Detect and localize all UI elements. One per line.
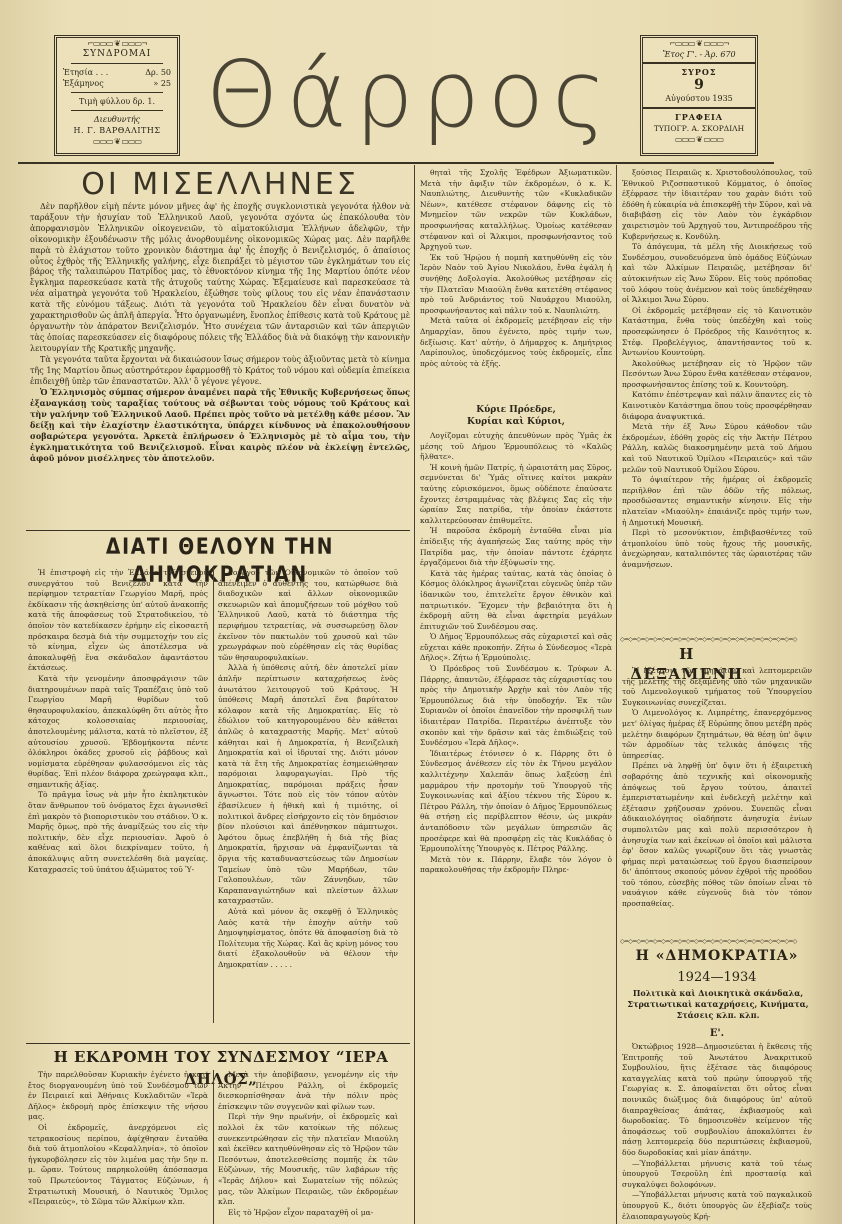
- greek-key-ornament: ▭▭▭ ❦ ▭▭▭: [57, 136, 177, 147]
- paragraph: Ὁ Δῆμος Ἑρμουπόλεως σᾶς εὐχαριστεῖ καὶ σ…: [420, 632, 612, 664]
- paragraph: Τὴν παρελθοῦσαν Κυριακὴν ἐγένετο ἡ κατ' …: [28, 1070, 208, 1123]
- paragraph: πουργοῦ τῶν Οἰκονομικῶν τὸ ὁποῖον τοῦ ἀπ…: [218, 568, 398, 663]
- greek-key-ornament: ⌐▭▭▭ ❦ ▭▭▭¬: [643, 38, 755, 49]
- paragraph: Ὁ Πρόεδρος τοῦ Συνδέσμου κ. Τρύφων Α. Πά…: [420, 664, 612, 749]
- paragraph: Δὲν παρῆλθον εἰμὴ πέντε μόνον μῆνες ἀφ' …: [30, 202, 410, 355]
- series-years: 1924—1934: [620, 970, 814, 986]
- paragraph: Τὸ πρᾶγμα ἴσως νὰ μὴν ἦτο ἐκπληκτικὸν ὅτ…: [28, 790, 208, 875]
- column-rule: [213, 1070, 214, 1224]
- article-ekdromi-col3b: Λογίζομαι εὐτυχὴς ἀπευθύνων πρὸς Ὑμᾶς ἐκ…: [420, 431, 612, 1224]
- salutation: Κύριε Πρόεδρε,: [420, 404, 612, 416]
- section-rule: [26, 530, 410, 531]
- greek-key-ornament: ▭▭▭ ❦ ▭▭▭: [643, 134, 755, 145]
- masthead-title: Θάρρος: [200, 45, 620, 145]
- paragraph: Αὐτὰ καὶ μόνον ἂς σκεφθῇ ὁ Ἑλληνικὸς Λαὸ…: [218, 907, 398, 971]
- paragraph: Λογίζομαι εὐτυχὴς ἀπευθύνων πρὸς Ὑμᾶς ἐκ…: [420, 431, 612, 463]
- greek-key-ornament: ⌐▭▭▭ ❦ ▭▭▭¬: [57, 38, 177, 49]
- paragraph: θηταὶ τῆς Σχολῆς Ἐφέδρων Ἀξιωματικῶν. Με…: [420, 168, 612, 253]
- paragraph: Κατὰ τὰς ἡμέρας ταύτας, κατὰ τὰς ὁποίας …: [420, 569, 612, 633]
- headline-dimokratia-series: Η «ΔΗΜΟΚΡΑΤΙΑ»: [620, 946, 814, 966]
- paragraph: Ἰδιαιτέρως ἐτόνισεν ὁ κ. Πάρρης ὅτι ὁ Σύ…: [420, 749, 612, 855]
- speech-salutation: Κύριε Πρόεδρε, Κυρίαι καὶ Κύριοι,: [420, 404, 612, 430]
- paragraph: Οἱ ἐκδρομεῖς, ἀνερχόμενοι εἰς τετρακοσίο…: [28, 1123, 208, 1208]
- paragraph: Ἀλλὰ ἡ ὑπόθεσις αὐτή, δὲν ἀποτελεῖ μίαν …: [218, 663, 398, 907]
- divider: [643, 62, 755, 64]
- ornamental-rule: ◇═◇═◇═◇═◇═◇═◇═◇═◇═◇═◇═◇═◇═◇═◇═◇═◇═◇═◇═◇═…: [620, 938, 814, 945]
- paragraph: Περὶ τὴν 9ην πρωϊνήν, οἱ ἐκδρομεῖς καὶ π…: [218, 1112, 398, 1207]
- column-rule: [414, 165, 415, 1224]
- annual-value: Δρ. 50: [145, 67, 171, 78]
- masthead-rule: [18, 162, 774, 164]
- divider: [71, 110, 163, 111]
- divider: [71, 92, 163, 93]
- paragraph: Οἱ ἐκδρομεῖς μετέβησαν εἰς τὸ Καινοτικὸν…: [622, 306, 812, 359]
- article-dexameni: Ἡ ἐξέτασις τῶν τμημάτων καὶ λεπτομερειῶν…: [622, 666, 812, 932]
- column-rule: [616, 165, 617, 1224]
- paragraph: Ὀκτώβριος 1928—Δημοσιεύεται ἡ ἔκθεσις τῆ…: [622, 1042, 812, 1159]
- issue-box: ⌐▭▭▭ ❦ ▭▭▭¬ Ἔτος Γ'. - Ἀρ. 670 ΣΥΡΟΣ 9 Α…: [640, 35, 758, 156]
- paragraph: Ἡ παροῦσα ἐκδρομὴ ἐνταῦθα εἶναι μία ἐπίδ…: [420, 526, 612, 568]
- paragraph: Περὶ τὸ μεσονύκτιον, ἐπιβιβασθέντες τοῦ …: [622, 528, 812, 570]
- paragraph: Τὸ ὀψιαίτερον τῆς ἡμέρας οἱ ἐκδρομεῖς πε…: [622, 475, 812, 528]
- paragraph: Μετὰ τὴν ἐξ Ἄνω Σύρου κάθοδον τῶν ἐκδρομ…: [622, 422, 812, 475]
- offices-address: ΤΥΠΟΓΡ. Α. ΣΚΟΡΔΙΛΗ: [643, 123, 755, 134]
- paragraph: Κατὰ τὴν γενομένην ἀποσφράγισιν τῶν διατ…: [28, 674, 208, 791]
- offices-label: ΓΡΑΦΕΙΑ: [643, 112, 755, 123]
- paragraph: —Ὑποβάλλεται μήνυσις κατὰ τοῦ τέως ὑπουρ…: [622, 1159, 812, 1191]
- article-ekdromi-col2: Μετὰ τὴν ἀποβίβασιν, γενομένην εἰς τὴν Ἀ…: [218, 1070, 398, 1224]
- article-dimokratia-col2: πουργοῦ τῶν Οἰκονομικῶν τὸ ὁποῖον τοῦ ἀπ…: [218, 568, 398, 1028]
- issue-price: Τιμὴ φύλλου δρ. 1.: [57, 96, 177, 107]
- article-ekdromi-col4: ξούσιος Πειραιῶς κ. Χριστοδουλόπουλος, τ…: [622, 168, 812, 628]
- director-name: Η. Γ. ΒΑΡΘΑΛΙΤΗΣ: [57, 125, 177, 136]
- paragraph: Ἡ ἐξέτασις τῶν τμημάτων καὶ λεπτομερειῶν…: [622, 666, 812, 708]
- semiannual-rate: Ἑξάμηνος » 25: [57, 78, 177, 89]
- paragraph: ξούσιος Πειραιῶς κ. Χριστοδουλόπουλος, τ…: [622, 168, 812, 242]
- ornamental-rule: ◇═◇═◇═◇═◇═◇═◇═◇═◇═◇═◇═◇═◇═◇═◇═◇═◇═◇═◇═◇═…: [620, 636, 814, 643]
- divider: [643, 107, 755, 109]
- paragraph: Μετὰ τὴν ἀποβίβασιν, γενομένην εἰς τὴν Ἀ…: [218, 1070, 398, 1112]
- headline-miselines: ΟΙ ΜΙΣΕΛΛΗΝΕΣ: [40, 168, 400, 202]
- annual-label: Ἐτησία . . .: [63, 67, 108, 78]
- paragraph: Ἡ κοινὴ ἡμῶν Πατρίς, ἡ ὡραιοτάτη μας Σῦρ…: [420, 463, 612, 527]
- subscription-heading: ΣΥΝΔΡΟΜΑΙ: [57, 49, 177, 60]
- paragraph: Μετὰ ταῦτα οἱ ἐκδρομεῖς μετέβησαν εἰς τὴ…: [420, 316, 612, 369]
- article-dimokratia-col1: Ἡ ἐπιστροφὴ εἰς τὴν Ἑλλάδα τοῦ στενοῦ συ…: [28, 568, 208, 1028]
- issue-date: Αὐγούστου 1935: [643, 93, 755, 104]
- semiannual-label: Ἑξάμηνος: [63, 78, 104, 89]
- annual-rate: Ἐτησία . . . Δρ. 50: [57, 67, 177, 78]
- paragraph: Κατόπιν ἐπέστρεψαν καὶ πάλιν ἅπαντες εἰς…: [622, 390, 812, 422]
- article-ekdromi-col3: θηταὶ τῆς Σχολῆς Ἐφέδρων Ἀξιωματικῶν. Με…: [420, 168, 612, 404]
- column-rule: [213, 568, 214, 1023]
- paragraph: Ἡ ἐπιστροφὴ εἰς τὴν Ἑλλάδα τοῦ στενοῦ συ…: [28, 568, 208, 674]
- divider: [71, 63, 163, 64]
- paragraph: Εἰς τὸ Ἡρῷον εἶχον παραταχθῆ οἱ μα-: [218, 1208, 398, 1219]
- paragraph: Τὰ γεγονότα ταῦτα ἔρχονται νὰ δικαιώσουν…: [30, 355, 410, 388]
- subscription-box: ⌐▭▭▭ ❦ ▭▭▭¬ ΣΥΝΔΡΟΜΑΙ Ἐτησία . . . Δρ. 5…: [54, 35, 180, 156]
- paragraph: Τὸ ἀπόγευμα, τὰ μέλη τῆς Διοικήσεως τοῦ …: [622, 242, 812, 306]
- article-ekdromi-col1: Τὴν παρελθοῦσαν Κυριακὴν ἐγένετο ἡ κατ' …: [28, 1070, 208, 1224]
- issue-day: 9: [643, 78, 755, 93]
- series-subtitle: Πολιτικὰ καὶ Διοικητικὰ σκάνδαλα, Στρατι…: [626, 988, 810, 1021]
- semiannual-value: » 25: [153, 78, 171, 89]
- salutation: Κυρίαι καὶ Κύριοι,: [420, 416, 612, 428]
- article-miselines: Δὲν παρῆλθον εἰμὴ πέντε μόνον μῆνες ἀφ' …: [30, 202, 410, 502]
- paragraph: Ὁ Λιμενολόγος κ. Λιμπρέτης, ἐπανερχόμενο…: [622, 708, 812, 761]
- paragraph: Μετὰ τὸν κ. Πάρρην, ἔλαβε τὸν λόγον ὁ πα…: [420, 855, 612, 876]
- paragraph: Ὁ Ἑλληνισμὸς σύμπας σήμερον ἀναμένει παρ…: [30, 387, 410, 463]
- director-label: Διευθυντής: [57, 114, 177, 125]
- series-part: Ε'.: [620, 1028, 814, 1039]
- paragraph: Ἐκ τοῦ Ἡρῴου ἡ πομπὴ κατηυθύνθη εἰς τὸν …: [420, 253, 612, 317]
- section-rule: [26, 1043, 410, 1044]
- newspaper-page: ⌐▭▭▭ ❦ ▭▭▭¬ ΣΥΝΔΡΟΜΑΙ Ἐτησία . . . Δρ. 5…: [0, 0, 842, 1224]
- paragraph: Ἀκολούθως μετέβησαν εἰς τὸ Ἡρῷον τῶν Πεσ…: [622, 359, 812, 391]
- paragraph: —Ὑποβάλλεται μήνυσις κατὰ τοῦ παγκαλικοῦ…: [622, 1190, 812, 1222]
- article-dimokratia-series: Ὀκτώβριος 1928—Δημοσιεύεται ἡ ἔκθεσις τῆ…: [622, 1042, 812, 1224]
- paragraph: Πρέπει νὰ ληφθῇ ὑπ' ὄψιν ὅτι ἡ ἐξαιρετικ…: [622, 761, 812, 909]
- issue-number: Ἔτος Γ'. - Ἀρ. 670: [643, 49, 755, 60]
